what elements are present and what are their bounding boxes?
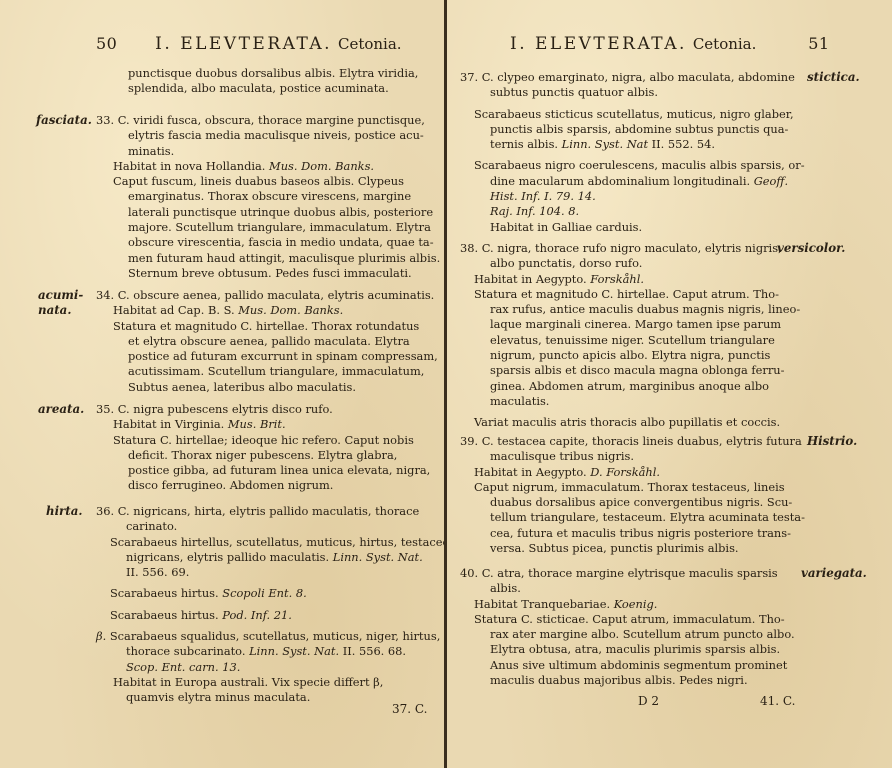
source-ref: Scopoli Ent. 8.	[222, 586, 306, 600]
running-head-right: I. ELEVTERATA. Cetonia. 51	[510, 34, 830, 54]
source-ref: Linn. Syst. Nat.	[249, 644, 339, 658]
left-page: 50 I. ELEVTERATA. Cetonia. punctisque du…	[0, 0, 446, 768]
continuation-text: punctisque duobus dorsalibus albis. Elyt…	[128, 66, 418, 97]
running-head-left: 50 I. ELEVTERATA. Cetonia.	[96, 34, 402, 54]
entry-40: 40. C. atra, thorace margine elytrisque …	[460, 566, 800, 688]
source-ref: Forskåhl.	[590, 272, 644, 286]
source-ref: Mus. Dom. Banks.	[238, 303, 343, 317]
source-ref: Mus. Dom. Banks.	[269, 159, 374, 173]
species-name-histrio: Histrio.	[807, 434, 857, 448]
entry-34: 34. C. obscure aenea, pallido maculata, …	[96, 288, 436, 395]
source-ref: Linn. Syst. Nat	[562, 137, 648, 151]
entry-36: 36. C. nigricans, hirta, elytris pallido…	[96, 504, 436, 706]
entry-37: 37. C. clypeo emarginato, nigra, albo ma…	[460, 70, 800, 235]
entry-number: 33.	[96, 113, 114, 127]
entry-number: 40.	[460, 566, 478, 580]
species-name-stictica: stictica.	[807, 70, 860, 84]
entry-39: 39. C. testacea capite, thoracis lineis …	[460, 434, 800, 556]
page-number: 51	[808, 34, 829, 53]
species-name-acuminata: acumi- nata.	[38, 288, 83, 318]
source-ref: Hist. Inf. I. 79. 14.	[490, 189, 596, 203]
running-head-genus: Cetonia.	[693, 35, 757, 53]
right-page: I. ELEVTERATA. Cetonia. 51 stictica. 37.…	[447, 0, 892, 768]
species-name-fasciata: fasciata.	[36, 113, 92, 127]
variety-marker: β.	[96, 629, 106, 643]
source-ref: Geoff.	[754, 174, 788, 188]
entry-number: 37.	[460, 70, 478, 84]
entry-number: 38.	[460, 241, 478, 255]
source-ref: D. Forskåhl.	[590, 465, 660, 479]
source-ref: Scop. Ent. carn. 13.	[126, 660, 240, 674]
species-name-areata: areata.	[38, 402, 84, 416]
species-name-hirta: hirta.	[46, 504, 82, 518]
catchword: 37. C.	[392, 702, 427, 716]
catchword: 41. C.	[760, 694, 795, 708]
entry-number: 35.	[96, 402, 114, 416]
source-ref: Koenig.	[614, 597, 658, 611]
running-head-title: I. ELEVTERATA.	[155, 34, 332, 54]
source-ref: Linn. Syst. Nat.	[333, 550, 423, 564]
running-head-title: I. ELEVTERATA.	[510, 34, 687, 54]
source-ref: Raj. Inf. 104. 8.	[490, 204, 579, 218]
page-number: 50	[96, 34, 117, 53]
entry-33: 33. C. viridi fusca, obscura, thorace ma…	[96, 113, 436, 281]
source-ref: Pod. Inf. 21.	[222, 608, 292, 622]
entry-number: 34.	[96, 288, 114, 302]
entry-38: 38. C. nigra, thorace rufo nigro maculat…	[460, 241, 790, 431]
entry-number: 36.	[96, 504, 114, 518]
species-name-variegata: variegata.	[801, 566, 867, 580]
source-ref: Mus. Brit.	[228, 417, 286, 431]
entry-35: 35. C. nigra pubescens elytris disco ruf…	[96, 402, 436, 494]
signature-mark: D 2	[638, 694, 659, 708]
running-head-genus: Cetonia.	[338, 35, 402, 53]
entry-number: 39.	[460, 434, 478, 448]
